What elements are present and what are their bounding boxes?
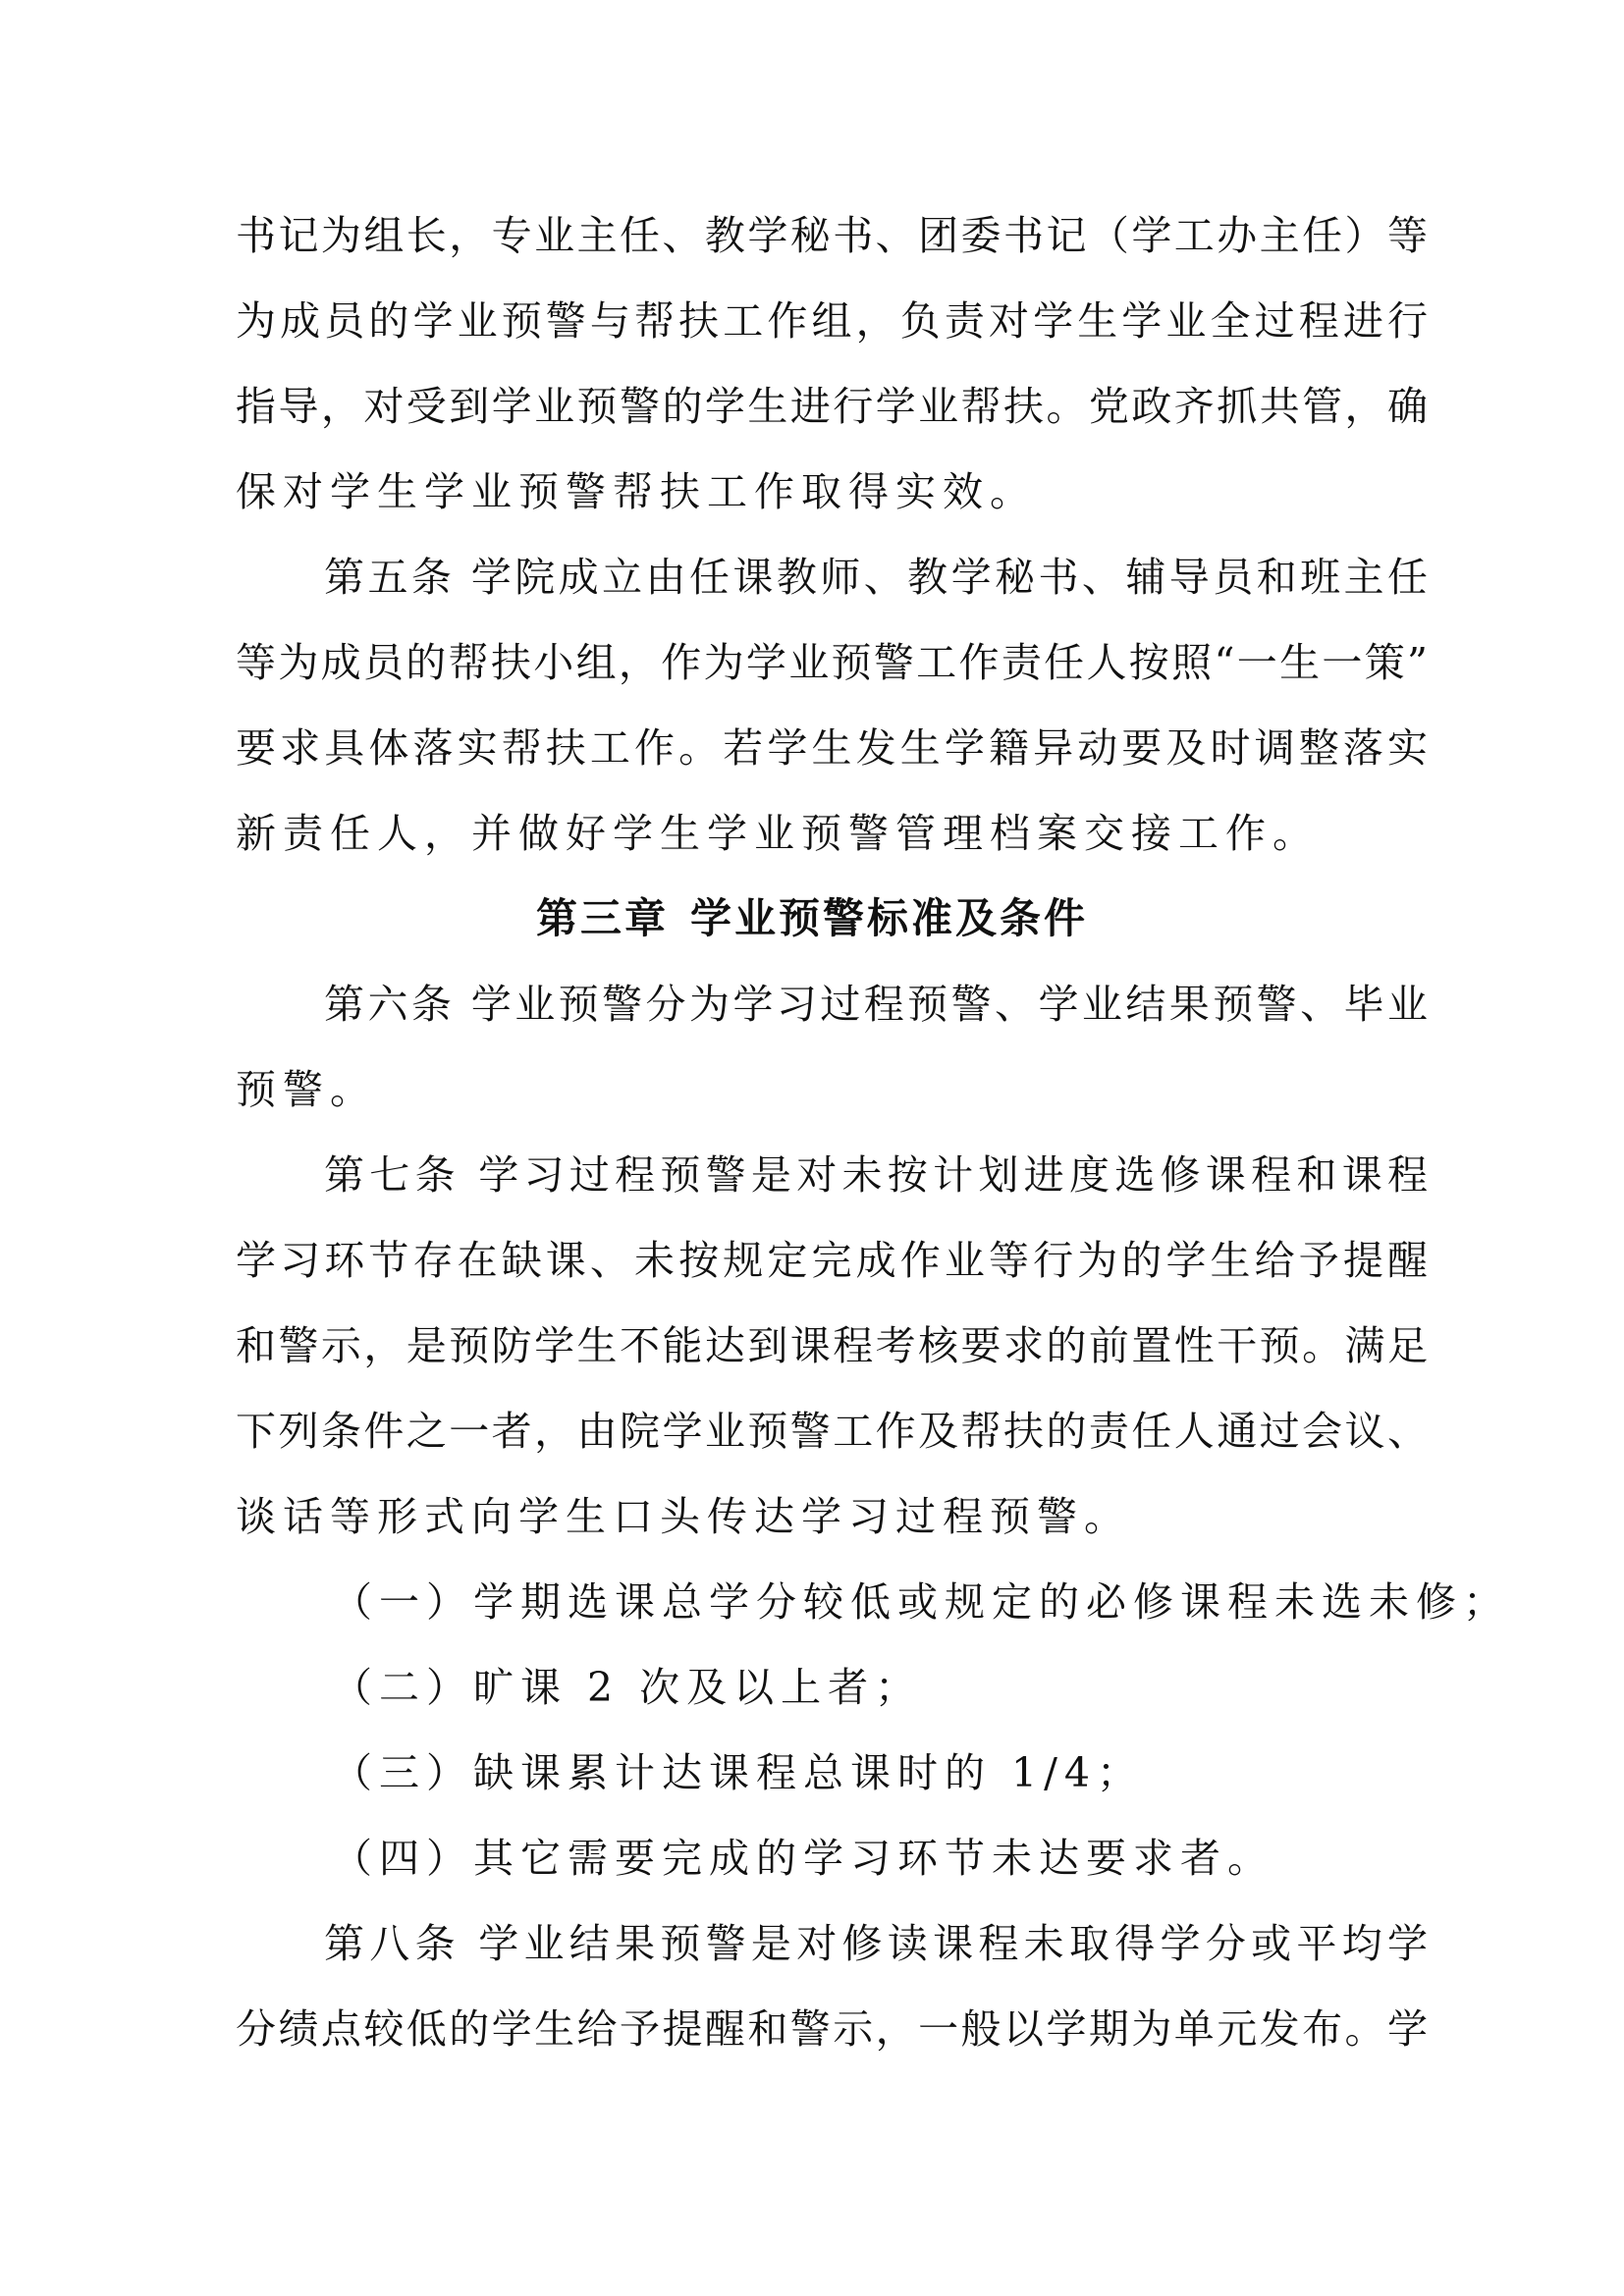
article-7-line: 学习环节存在缺课、未按规定完成作业等行为的学生给予提醒 — [236, 1236, 1428, 1285]
article-7-line: 第七条 学习过程预警是对未按计划进度选修课程和课程 — [324, 1150, 1428, 1200]
chapter-number: 第三章 — [536, 894, 669, 942]
article-8-line: 分绩点较低的学生给予提醒和警示，一般以学期为单元发布。学 — [236, 2004, 1428, 2054]
paragraph-line: 保对学生学业预警帮扶工作取得实效。 — [236, 467, 1428, 516]
list-item-1: （一）学期选课总学分较低或规定的必修课程未选未修； — [332, 1577, 1428, 1627]
chapter-title: 学业预警标准及条件 — [690, 894, 1088, 942]
article-8-line: 第八条 学业结果预警是对修读课程未取得学分或平均学 — [324, 1919, 1428, 1968]
article-7-line: 下列条件之一者，由院学业预警工作及帮扶的责任人通过会议、 — [236, 1407, 1428, 1456]
article-5-line: 要求具体落实帮扶工作。若学生发生学籍异动要及时调整落实 — [236, 723, 1428, 773]
article-5-line: 新责任人，并做好学生学业预警管理档案交接工作。 — [236, 809, 1428, 858]
list-item-4: （四）其它需要完成的学习环节未达要求者。 — [332, 1834, 1428, 1883]
article-5-line: 等为成员的帮扶小组，作为学业预警工作责任人按照“一生一策” — [236, 638, 1428, 687]
chapter-heading: 第三章学业预警标准及条件 — [0, 894, 1624, 943]
paragraph-line: 为成员的学业预警与帮扶工作组，负责对学生学业全过程进行 — [236, 296, 1428, 346]
article-6-line: 预警。 — [236, 1065, 1428, 1114]
list-item-3: （三）缺课累计达课程总课时的 1/4； — [332, 1748, 1428, 1797]
article-7-line: 和警示，是预防学生不能达到课程考核要求的前置性干预。满足 — [236, 1321, 1428, 1370]
paragraph-line: 指导，对受到学业预警的学生进行学业帮扶。党政齐抓共管，确 — [236, 382, 1428, 431]
article-7-line: 谈话等形式向学生口头传达学习过程预警。 — [236, 1492, 1428, 1541]
article-6-line: 第六条 学业预警分为学习过程预警、学业结果预警、毕业 — [324, 980, 1428, 1029]
article-5-line: 第五条 学院成立由任课教师、教学秘书、辅导员和班主任 — [324, 553, 1428, 602]
paragraph-line: 书记为组长，专业主任、教学秘书、团委书记（学工办主任）等 — [236, 211, 1428, 260]
list-item-2: （二）旷课 2 次及以上者； — [332, 1663, 1428, 1712]
document-page: 书记为组长，专业主任、教学秘书、团委书记（学工办主任）等 为成员的学业预警与帮扶… — [0, 0, 1624, 2296]
